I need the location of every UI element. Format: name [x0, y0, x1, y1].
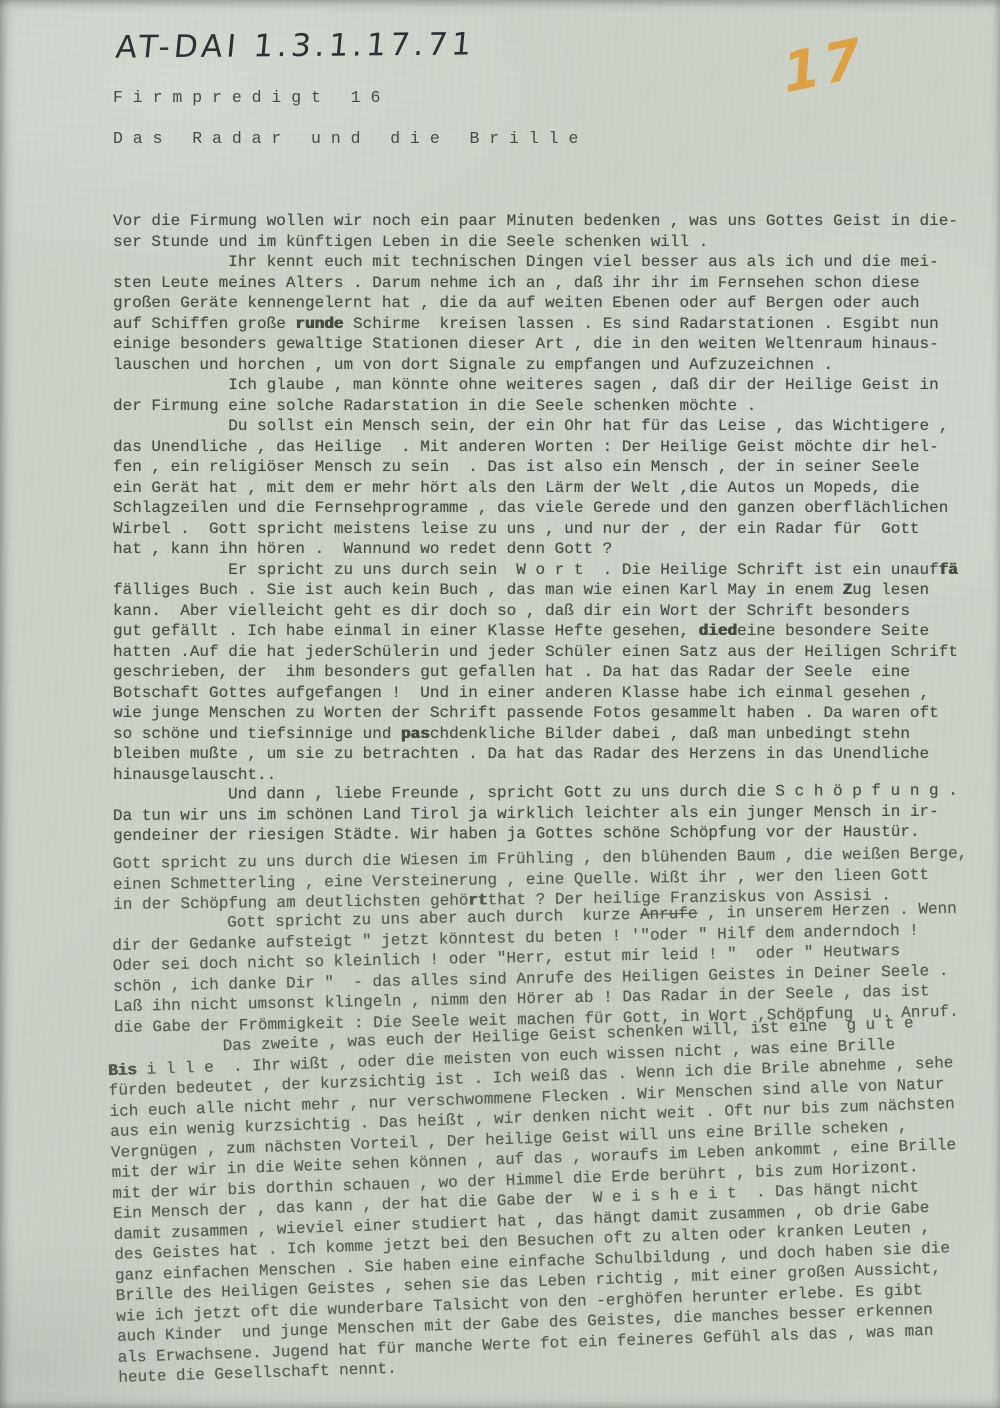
text-segment: fen , ein religiöser Mensch zu sein . Da…	[113, 458, 920, 476]
text-line: Botschaft Gottes aufgefangen ! Und in ei…	[113, 683, 1000, 704]
text-line: geschrieben, der ihm besonders gut gefal…	[113, 662, 1000, 683]
text-segment: hatten .Auf die hat jederSchülerin und j…	[113, 643, 958, 661]
text-line: fen , ein religiöser Mensch zu sein . Da…	[113, 457, 1000, 478]
text-segment: Schlagzeilen und die Fernsehprogramme , …	[113, 499, 948, 517]
text-segment: hinausgelauscht..	[113, 766, 276, 784]
document-header: F i r m p r e d i g t 1 6 D a s R a d a …	[113, 88, 578, 149]
text-line: Vor die Firmung wollen wir noch ein paar…	[113, 211, 1000, 232]
text-segment: gut gefällt . Ich habe einmal in einer K…	[113, 622, 699, 640]
text-segment: ein Gerät hat , mit dem er mehr hört als…	[113, 479, 920, 497]
text-segment: Und dann , liebe Freunde , spricht Gott …	[113, 782, 958, 804]
overstruck-text: Z	[843, 581, 853, 599]
text-segment: ser Stunde und im künftigen Leben in die…	[113, 233, 708, 251]
overstruck-text: rt	[468, 891, 487, 909]
text-segment: der Firmung eine solche Radarstation in …	[113, 397, 756, 415]
text-segment: Ihr kennt euch mit technischen Dingen vi…	[113, 253, 939, 271]
text-segment: eine besondere Seite	[737, 622, 929, 640]
text-segment: chdenkliche Bilder dabei , daß man unbed…	[430, 725, 910, 743]
text-line: sten Leute meines Alters . Darum nehme i…	[113, 273, 1000, 294]
text-segment: Da tun wir uns im schönen Land Tirol ja …	[113, 802, 939, 824]
paragraph: Das zweite , was euch der Heilige Geist …	[107, 1010, 1000, 1388]
text-line: wie junge Menschen zu Worten der Schrift…	[113, 703, 1000, 724]
text-line: hat , kann ihn hören . Wannund wo redet …	[113, 539, 1000, 560]
text-segment: einige besonders gewaltige Stationen die…	[113, 335, 939, 353]
text-segment: kann. Aber vielleicht geht es dir doch s…	[113, 602, 910, 620]
text-line: der Firmung eine solche Radarstation in …	[113, 396, 1000, 417]
text-line: ein Gerät hat , mit dem er mehr hört als…	[113, 478, 1000, 499]
text-line: hatten .Auf die hat jederSchülerin und j…	[113, 642, 1000, 663]
text-line: fälliges Buch . Sie ist auch kein Buch ,…	[113, 580, 1000, 601]
body-text: Vor die Firmung wollen wir noch ein paar…	[113, 211, 1000, 1389]
text-line: bleiben mußte , um sie zu betrachten . D…	[113, 744, 1000, 765]
overstruck-text: fä	[939, 561, 958, 579]
overstruck-text: Bis	[108, 1061, 137, 1080]
overstruck-text: pas	[401, 725, 430, 743]
text-line: gut gefällt . Ich habe einmal in einer K…	[113, 621, 1000, 642]
text-line: Wirbel . Gott spricht meistens leise zu …	[113, 519, 1000, 540]
text-segment: Wirbel . Gott spricht meistens leise zu …	[113, 520, 920, 538]
text-segment: geschrieben, der ihm besonders gut gefal…	[113, 663, 910, 681]
text-line: Du sollst ein Mensch sein, der ein Ohr h…	[113, 416, 1000, 437]
text-segment: , in unserem Herzen . Wenn	[697, 900, 957, 923]
text-line: Er spricht zu uns durch sein W o r t . D…	[113, 560, 1000, 581]
text-segment: sten Leute meines Alters . Darum nehme i…	[113, 274, 920, 292]
document-title-line2: D a s R a d a r u n d d i e B r i l l e	[113, 129, 578, 149]
text-segment: Er spricht zu uns durch sein W o r t . D…	[113, 561, 939, 579]
text-line: Ihr kennt euch mit technischen Dingen vi…	[113, 252, 1000, 273]
handwritten-archive-reference: AT-DAI 1.3.1.17.71	[114, 26, 477, 65]
text-segment: Vor die Firmung wollen wir noch ein paar…	[113, 212, 958, 230]
text-line: kann. Aber vielleicht geht es dir doch s…	[113, 601, 1000, 622]
document-title-line1: F i r m p r e d i g t 1 6	[113, 88, 578, 108]
struck-through-text: Anrufe	[640, 905, 698, 924]
paragraph: Vor die Firmung wollen wir noch ein paar…	[113, 211, 1000, 252]
paragraph: Ich glaube , man könnte ohne weiteres sa…	[113, 375, 1000, 416]
text-segment: großen Geräte kennengelernt hat , die da…	[113, 294, 920, 312]
paragraph: Und dann , liebe Freunde , spricht Gott …	[113, 780, 1000, 846]
text-segment: das Unendliche , das Heilige . Mit ander…	[113, 438, 939, 456]
text-line: Ich glaube , man könnte ohne weiteres sa…	[113, 375, 1000, 396]
text-segment: Schirme kreisen lassen . Es sind Radarst…	[343, 315, 938, 333]
text-segment: gendeiner der riesigen Städte. Wir haben…	[113, 823, 920, 845]
paragraph: Er spricht zu uns durch sein W o r t . D…	[113, 560, 1000, 786]
text-line: lauschen und horchen , um von dort Signa…	[113, 355, 1000, 376]
text-segment: wie junge Menschen zu Worten der Schrift…	[113, 704, 939, 722]
scanned-document-page: AT-DAI 1.3.1.17.71 17 F i r m p r e d i …	[0, 0, 1000, 1408]
handwritten-page-number: 17	[781, 24, 867, 107]
text-line: großen Geräte kennengelernt hat , die da…	[113, 293, 1000, 314]
text-segment: lauschen und horchen , um von dort Signa…	[113, 356, 833, 374]
text-segment: Du sollst ein Mensch sein, der ein Ohr h…	[113, 417, 948, 435]
text-line: ser Stunde und im künftigen Leben in die…	[113, 232, 1000, 253]
text-segment: fälliges Buch . Sie ist auch kein Buch ,…	[113, 581, 843, 599]
overstruck-text: runde	[295, 315, 343, 333]
text-line: einige besonders gewaltige Stationen die…	[113, 334, 1000, 355]
text-segment: so schöne und tiefsinnige und	[113, 725, 401, 743]
text-segment: bleiben mußte , um sie zu betrachten . D…	[113, 745, 929, 763]
overstruck-text: died	[699, 622, 737, 640]
text-segment: Botschaft Gottes aufgefangen ! Und in ei…	[113, 684, 929, 702]
text-line: auf Schiffen große runde Schirme kreisen…	[113, 314, 1000, 335]
text-segment: hat , kann ihn hören . Wannund wo redet …	[113, 540, 612, 558]
text-line: das Unendliche , das Heilige . Mit ander…	[113, 437, 1000, 458]
text-line: gendeiner der riesigen Städte. Wir haben…	[113, 821, 1000, 846]
paragraph: Ihr kennt euch mit technischen Dingen vi…	[113, 252, 1000, 375]
text-line: Schlagzeilen und die Fernsehprogramme , …	[113, 498, 1000, 519]
text-line: so schöne und tiefsinnige und paschdenkl…	[113, 724, 1000, 745]
text-segment: auf Schiffen große	[113, 315, 295, 333]
paragraph: Du sollst ein Mensch sein, der ein Ohr h…	[113, 416, 1000, 560]
text-segment: Ich glaube , man könnte ohne weiteres sa…	[113, 376, 939, 394]
text-segment: ug lesen	[852, 581, 929, 599]
